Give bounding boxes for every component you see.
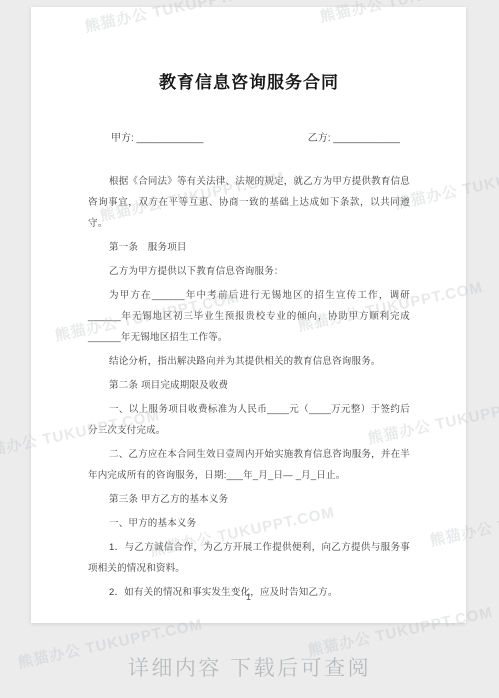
document-body: 根据《合同法》等有关法律、法规的规定，就乙方为甲方提供教育信息咨询事宜，双方在平… [88, 171, 410, 603]
paragraph: 乙方为甲方提供以下教育信息咨询服务： [88, 261, 410, 282]
download-hint-bar: 详细内容 下载后可查阅 [0, 623, 499, 698]
download-hint-text: 详细内容 下载后可查阅 [128, 652, 371, 682]
paragraph: 第二条 项目完成期限及收费 [88, 375, 410, 396]
paragraph: 一、以上服务项目收费标准为人民币____元（____万元整）于签约后分三次支付完… [88, 399, 410, 441]
document-page: 教育信息咨询服务合同 甲方: ____________ 乙方: ________… [31, 7, 466, 623]
page-number: 1 [31, 592, 466, 602]
paragraph: 第三条 甲方乙方的基本义务 [88, 489, 410, 510]
paragraph: 二、乙方应在本合同生效日壹周内开始实施教育信息咨询服务，并在半年内完成所有的咨询… [88, 444, 410, 486]
parties-row: 甲方: ____________ 乙方: ____________ [88, 132, 410, 145]
paragraph: 为甲方在______年中考前后进行无锡地区的招生宣传工作，调研______年无锡… [88, 285, 410, 348]
paragraph: 根据《合同法》等有关法律、法规的规定，就乙方为甲方提供教育信息咨询事宜，双方在平… [88, 171, 410, 234]
party-b-field: 乙方: ____________ [308, 132, 400, 145]
paragraph: 第一条 服务项目 [88, 237, 410, 258]
party-a-field: 甲方: ____________ [111, 132, 203, 145]
document-title: 教育信息咨询服务合同 [88, 73, 410, 93]
paragraph: 1．与乙方诚信合作，为乙方开展工作提供便利，向乙方提供与服务事项相关的情况和资料… [88, 537, 410, 579]
paragraph: 一、甲方的基本义务 [88, 513, 410, 534]
paragraph: 结论分析，指出解决路向并为其提供相关的教育信息咨询服务。 [88, 351, 410, 372]
preview-stage: 熊猫办公 TUKUPPT.COM熊猫办公 TUKUPPT.COM熊猫办公 TUK… [0, 0, 499, 698]
